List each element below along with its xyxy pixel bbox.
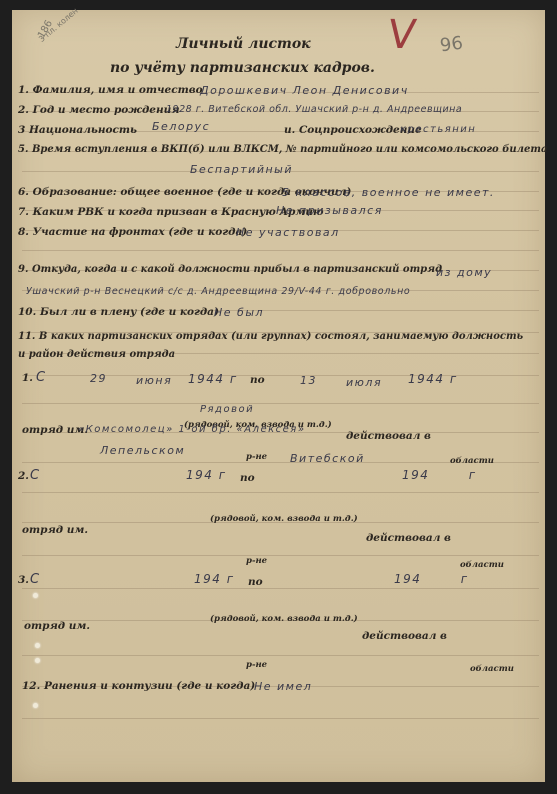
period-to-month: июля [346,376,382,389]
field-label: 2. Год и место рождения [18,104,180,116]
document-title: Личный листок [176,36,311,52]
field-label: 1. Фамилия, имя и отчество [18,84,203,96]
period-from-label: С [30,572,41,587]
period-year-stub: 194 г [186,468,227,482]
period-from-label: С [36,370,47,385]
period-from-label: С [30,468,41,483]
period-number: 2. [18,470,29,482]
period-from-year: 1944 г [188,372,238,386]
period-to-label: по [240,472,255,484]
ruled-line [22,588,539,589]
acted-label: действовал в [366,532,451,544]
district-value: Лепельском [100,444,185,457]
ruled-line [22,250,539,251]
ruled-line [22,403,539,404]
field-label: 11. В каких партизанских отрядах (или гр… [18,328,528,364]
district-label: р-не [246,452,267,462]
position-hint: (рядовой, ком. взвода и т.д.) [210,514,358,524]
page-number: 96 [439,33,465,57]
acted-label: действовал в [346,430,431,442]
field-label: 10. Был ли в плену (где и когда) [18,306,219,318]
period-to-year: 1944 г [408,372,458,386]
acted-label: действовал в [362,630,447,642]
period-to-year-stub: 194 г [394,572,469,586]
field-label: 12. Ранения и контузии (где и когда) [22,680,255,692]
unit-label: отряд им. [24,620,90,632]
unit-value: «Комсомолец» 1-ой бр. «Алексея» [78,424,306,435]
position-hint: (рядовой, ком. взвода и т.д.) [210,614,358,624]
punch-hole [33,593,38,598]
region-value: Витебской [290,452,365,465]
field-value-wounds: Не имел [254,680,312,693]
region-label: области [460,560,504,570]
period-to-label: по [250,374,265,386]
field-label: 9. Откуда, когда и с какой должности при… [18,264,442,275]
punch-hole [33,703,38,708]
field-value-party: Беспартийный [190,163,293,176]
field-value-education: 5 классов, военное не имеет. [282,186,495,199]
period-number: 1. [22,372,33,384]
period-from-month: июня [136,374,172,387]
district-label: р-не [246,556,267,566]
unit-label: отряд им. [22,524,88,536]
field-label: 5. Время вступления в ВКП(б) или ВЛКСМ, … [18,144,547,155]
field-value-joined: Ушачский р-н Веснецкий с/с д. Андреевщин… [26,286,410,297]
ruled-line [22,555,539,556]
period-year-stub: 194 г [194,572,235,586]
period-to-label: по [248,576,263,588]
period-position: Рядовой [200,404,254,415]
punch-hole [35,658,40,663]
ruled-line [22,655,539,656]
field-value-social-origin: крестьянин [400,124,476,135]
region-label: области [450,456,494,466]
field-value-full-name: Дорошкевич Леон Денисович [200,84,409,97]
field-value-nationality: Белорус [152,120,210,133]
field-label: 8. Участие на фронтах (где и когда) [18,226,247,238]
period-number: 3. [18,574,29,586]
field-value-origin: из дому [436,266,492,279]
punch-hole [35,643,40,648]
field-label: 3 Национальность [18,124,137,136]
region-label: области [470,664,514,674]
ruled-line [22,718,539,719]
field-value-front: Не участвовал [236,226,340,239]
field-value-captivity: Не был [214,306,264,319]
ruled-line [22,492,539,493]
period-to-year-stub: 194 г [402,468,477,482]
field-value-conscription: Не призывался [276,204,383,217]
period-from-day: 29 [90,372,107,385]
district-label: р-не [246,660,267,670]
document-subtitle: по учёту партизанских кадров. [110,60,375,76]
field-value-birth: 1928 г. Витебской обл. Ушачский р-н д. А… [166,104,462,115]
period-to-day: 13 [300,374,317,387]
